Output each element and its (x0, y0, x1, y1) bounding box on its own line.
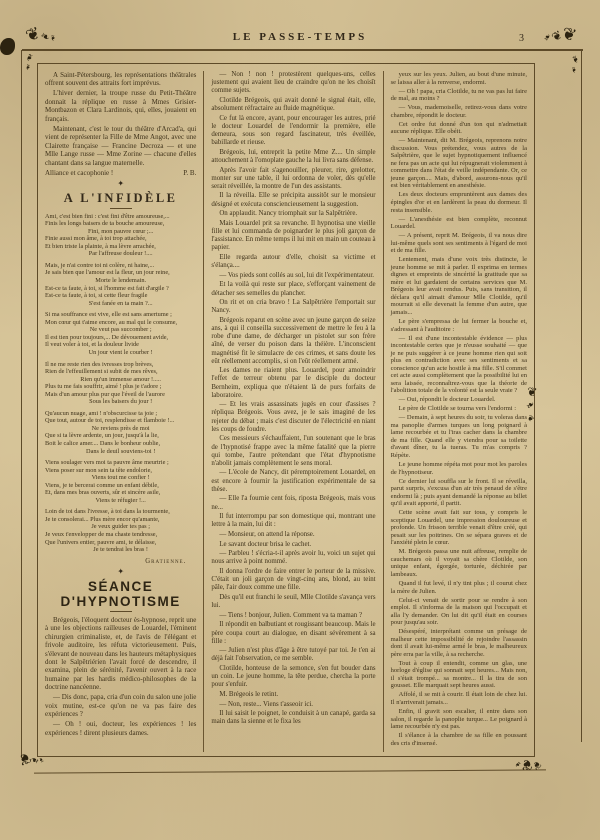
poem-signature: Gratienne. (45, 558, 196, 565)
poem-line: Un jour vient le courber ! (45, 349, 196, 357)
poem-line: Mon cœur qui t'aime encore, au mal qui l… (45, 319, 196, 327)
article-paragraph: Clotilde Brégeois, qui avait donné le si… (211, 97, 375, 113)
poem-line: Ami, c'est bien fini : c'est fini d'être… (45, 213, 196, 221)
article-paragraph: — Elle l'a fournie cent fois, riposta Br… (211, 495, 375, 511)
poem-line: Est-ce ta faute, à toi, si l'homme est f… (45, 285, 196, 293)
article-title: SÉANCE D'HYPNOTISME (45, 579, 196, 612)
poem-stanza: Viens soulager vers moi ta pauvre âme me… (45, 459, 196, 504)
article-paragraph: Affolé, il se mit à courir. Il était loi… (391, 691, 527, 706)
article-paragraph: Le père de Clotilde se tourna vers l'end… (391, 405, 527, 413)
section-divider-star-icon: ✦ (45, 180, 196, 188)
floral-corner-ornament-icon: ❦❧❧ (26, 26, 56, 43)
poem-line: Rien qu'un immense amour !..... (45, 376, 196, 384)
article-paragraph: — Non ! non ! protestèrent quelques-uns,… (211, 71, 375, 95)
poem-line: Viens, je te bercerai comme un enfant dé… (45, 482, 196, 490)
article-paragraph: Quand il fut levé, il n'y tint plus ; il… (391, 580, 527, 595)
page-number: 3 (519, 33, 524, 44)
article-paragraph: On applaudit. Nancy triomphait sur la Sa… (211, 210, 375, 218)
poem-line: Viens te réfugier !... (45, 497, 196, 505)
article-paragraph: — Monsieur, on attend la réponse. (211, 531, 375, 539)
newspaper-page: { "header": { "title": "LE PASSE-TEMPS",… (0, 0, 600, 840)
poem-stanza: Il ne me reste rien des ivresses trop br… (45, 361, 196, 406)
poem-stanza: Si ma souffrance est vive, elle est sans… (45, 311, 196, 356)
left-margin-rule (21, 50, 22, 758)
article-paragraph: Les deux docteurs empruntèrent aux dames… (391, 191, 527, 214)
poem-line: Loin de toi dans l'ivresse, à toi dans l… (45, 508, 196, 516)
article-paragraph: Cette scène avait fait sur tous, y compr… (391, 509, 527, 547)
article-paragraph: Et la voilà qui reste sur place, s'effor… (211, 281, 375, 297)
floral-corner-ornament-icon: ❧❦❦ (514, 756, 541, 770)
page-title: LE PASSE-TEMPS (30, 31, 570, 43)
article-paragraph: — A présent, reprit M. Brégeois, il va n… (391, 232, 527, 255)
poem-line: Mais d'un amour plus pur que l'éveil de … (45, 391, 196, 399)
article-paragraph: — L'anesthésie est bien complète, reconn… (391, 216, 527, 231)
floral-right-tail-ornament-icon: ❧❧ (570, 55, 578, 75)
poem-line: Viens soulager vers moi ta pauvre âme me… (45, 459, 196, 467)
poem-line: Dans le deuil souviens-toi ! (45, 448, 196, 456)
article-paragraph: M. Brégeois passa une nuit affreuse, rem… (391, 548, 527, 578)
footer-rule (34, 769, 546, 773)
byline-text: Alliance et cacophonie ! (45, 169, 113, 177)
poem-line: Ne veut pas succomber ; (45, 326, 196, 334)
poem-stanza: Loin de toi dans l'ivresse, à toi dans l… (45, 508, 196, 553)
poem-line: Il ne me reste rien des ivresses trop br… (45, 361, 196, 369)
poem-line: Et, dans mes bras ouverts, sûr et sincèr… (45, 489, 196, 497)
text-column-right: yeux sur les yeux. Julien, au bout d'une… (383, 71, 534, 752)
article-paragraph: — Oh ! papa, cria Clotilde, tu ne vas pa… (391, 88, 527, 103)
article-paragraph: — Non, reste... Viens t'asseoir ici. (211, 701, 375, 709)
floral-corner-ornament-icon: ❧❦❦ (544, 26, 576, 43)
poem-stanza: Mais, je n'ai contre toi ni colère, ni h… (45, 262, 196, 307)
article-paragraph: Il fut interrompu par son domestique qui… (211, 513, 375, 529)
corner-ink-blob (0, 38, 15, 55)
article-title-text: A L'INFIDÈLE (45, 191, 196, 206)
article-paragraph: Celui-ci venait de sortir pour se rendre… (391, 597, 527, 627)
article-paragraph: Brégeois reparut en scène avec un jeune … (211, 317, 375, 366)
article-paragraph: A Saint-Pétersbourg, les représentations… (45, 71, 196, 88)
poem-line: Viens poser sur mon sein ta tête endolor… (45, 467, 196, 475)
article-title-text: SÉANCE D'HYPNOTISME (45, 579, 196, 609)
poem-line: Plus tu me fais souffrir, aimé ! plus je… (45, 383, 196, 391)
poem-line: Finie aussi mon âme, à toi trop attachée… (45, 235, 196, 243)
floral-left-tail-ornament-icon: ❧❧ (24, 52, 32, 72)
poem-line: Est-ce ta faute, à toi, si cette fleur f… (45, 292, 196, 300)
article-paragraph: — Julien n'est plus d'âge à être tutoyé … (211, 647, 375, 663)
article-paragraph: Ce fut là encore, ayant, pour encourager… (211, 115, 375, 148)
article-paragraph: Mais Louardel prit sa revanche. Il hypno… (211, 220, 375, 253)
article-paragraph: Il s'élance à la chambre de sa fille en … (391, 732, 527, 747)
poem-line: Je veux t'envelopper de ma chaste tendre… (45, 531, 196, 539)
article-paragraph: — Vos pieds sont collés au sol, lui dit … (211, 272, 375, 280)
article-paragraph: Le savant docteur brisa le cachet. (211, 541, 375, 549)
title-underline-rule (110, 611, 132, 612)
right-margin-rule (581, 50, 582, 742)
article-paragraph: — Demain, à sept heures du soir, tu vole… (391, 414, 527, 459)
header-rule (22, 49, 583, 51)
article-paragraph: — Maintenant, dit M. Brégeois, reprenons… (391, 137, 527, 190)
poem-line: Boit le calice amer.... Dans le bonheur … (45, 440, 196, 448)
article-paragraph: — Et les vrais assassinats jugés en cour… (211, 401, 375, 434)
article-paragraph: M. Brégeois le retint. (211, 691, 375, 699)
poem-line: Sous les baisers du jour ! (45, 398, 196, 406)
article-paragraph: — Il est d'une incontestable évidence — … (391, 335, 527, 395)
article-paragraph: — Tiens ! bonjour, Julien. Comment va ta… (211, 612, 375, 620)
poem-line: Si ma souffrance est vive, elle est sans… (45, 311, 196, 319)
poem-line: Fini, mon pauvre cœur ;... (45, 228, 196, 236)
article-paragraph: Il la réveilla. Elle se précipita aussit… (211, 192, 375, 208)
content-frame: A Saint-Pétersbourg, les représentations… (37, 63, 535, 757)
article-paragraph: Tout à coup il entendit, comme un glas, … (391, 660, 527, 690)
article-paragraph: — L'école de Nancy, dit péremptoirement … (211, 469, 375, 493)
article-paragraph: Elle regarda autour d'elle, choisit sa v… (211, 254, 375, 270)
article-paragraph: Le père s'empressa de lui fermer la bouc… (391, 318, 527, 333)
article-paragraph: Dès qu'il eut franchi le seuil, Mlle Clo… (211, 594, 375, 610)
byline-initials: P. B. (183, 169, 196, 177)
article-paragraph: Après l'avoir fait s'agenouiller, pleure… (211, 167, 375, 191)
poem-line: Rien de l'effeuillement si subit de mes … (45, 368, 196, 376)
article-paragraph: Les dames ne riaient plus. Louardel, pou… (211, 367, 375, 400)
article-paragraph: Lentement, mais d'une voix très distinct… (391, 256, 527, 316)
article-paragraph: — Dis donc, papa, cria d'un coin du salo… (45, 693, 196, 718)
article-paragraph: Maintenant, c'est le tour du théâtre d'A… (45, 125, 196, 167)
poem-line: Il veut voler à toi, et la douleur livid… (45, 341, 196, 349)
poem-line: Que si ta lèvre ardente, un jour, jusqu'… (45, 432, 196, 440)
article-paragraph: Désespéré, interprétant comme un présage… (391, 628, 527, 658)
article-title: A L'INFIDÈLE (45, 191, 196, 209)
poem-line: Que tout, autour de toi, resplendisse et… (45, 417, 196, 425)
article-paragraph: Il donna l'ordre de faire entrer le port… (211, 568, 375, 592)
article-paragraph: — Vous, mademoiselle, retirez-vous dans … (391, 104, 527, 119)
article-paragraph: Il répondit en balbutiant et rougissant … (211, 621, 375, 645)
poem-line: Je sais bien que l'amour est la fleur, u… (45, 269, 196, 277)
article-paragraph: yeux sur les yeux. Julien, au bout d'une… (391, 71, 527, 86)
article-paragraph: — Oh ! oui, docteur, les expériences ! l… (45, 720, 196, 737)
article-paragraph: On rit et on cria bravo ! La Salpêtrière… (211, 299, 375, 315)
article-paragraph: Ces messieurs s'échauffaient, l'un soute… (211, 435, 375, 468)
poem-line: S'est fanée en ta main ?... (45, 300, 196, 308)
poem-line: Que l'univers entier, pauvre ami, te dél… (45, 539, 196, 547)
article-paragraph: Le jeune homme répéta mot pour mot les p… (391, 461, 527, 476)
text-column-left: A Saint-Pétersbourg, les représentations… (38, 71, 203, 752)
poem-line: Mais, je n'ai contre toi ni colère, ni h… (45, 262, 196, 270)
poem-line: Je te consolerai... Plus mère encor qu'a… (45, 516, 196, 524)
article-paragraph: — Oui, répondit le docteur Louardel. (391, 396, 527, 404)
article-byline: Alliance et cacophonie !P. B. (45, 169, 196, 177)
poem-stanza: Ami, c'est bien fini : c'est fini d'être… (45, 213, 196, 258)
title-underline-rule (110, 208, 132, 209)
poem-line: Je te tendrai les bras ! (45, 546, 196, 554)
article-paragraph: Il lui saisit le poignet, le conduisit à… (211, 710, 375, 726)
poem-line: Il est tien pour toujours,... De dévouem… (45, 334, 196, 342)
article-paragraph: L'hiver dernier, la troupe russe du Peti… (45, 89, 196, 123)
article-paragraph: Brégeois, l'éloquent docteur ès-hypnose,… (45, 616, 196, 692)
poem-line: Ne reviens près de moi (45, 425, 196, 433)
poem-stanza: Qu'aucun nuage, ami ! n'obscurcisse ta j… (45, 410, 196, 455)
article-paragraph: Enfin, il gravit son escalier, il entre … (391, 708, 527, 731)
poem-line: Par l'affreuse douleur !.... (45, 250, 196, 258)
article-paragraph: Ce dernier lui souffla sur le front. Il … (391, 478, 527, 508)
poem-line: Finis les longs baisers de ta bouche amo… (45, 220, 196, 228)
article-paragraph: Cet ordre fut donné d'un ton qui n'admet… (391, 121, 527, 136)
section-divider-star-icon: ✦ (45, 568, 196, 576)
poem-line: Qu'aucun nuage, ami ! n'obscurcisse ta j… (45, 410, 196, 418)
poem-line: Je veux guider tes pas ; (45, 523, 196, 531)
article-paragraph: Brégeois, lui, entreprit la petite Mme Z… (211, 149, 375, 165)
poem-line: Viens tout me confier ! (45, 474, 196, 482)
poem-line: Morte le lendemain. (45, 277, 196, 285)
article-paragraph: — Parbleu ! s'écria-t-il après avoir lu,… (211, 550, 375, 566)
poem-line: Et bien triste la plainte, à ma lèvre ar… (45, 243, 196, 251)
text-column-middle: — Non ! non ! protestèrent quelques-uns,… (203, 71, 382, 752)
article-paragraph: Clotilde, honteuse de la semonce, s'en f… (211, 665, 375, 689)
